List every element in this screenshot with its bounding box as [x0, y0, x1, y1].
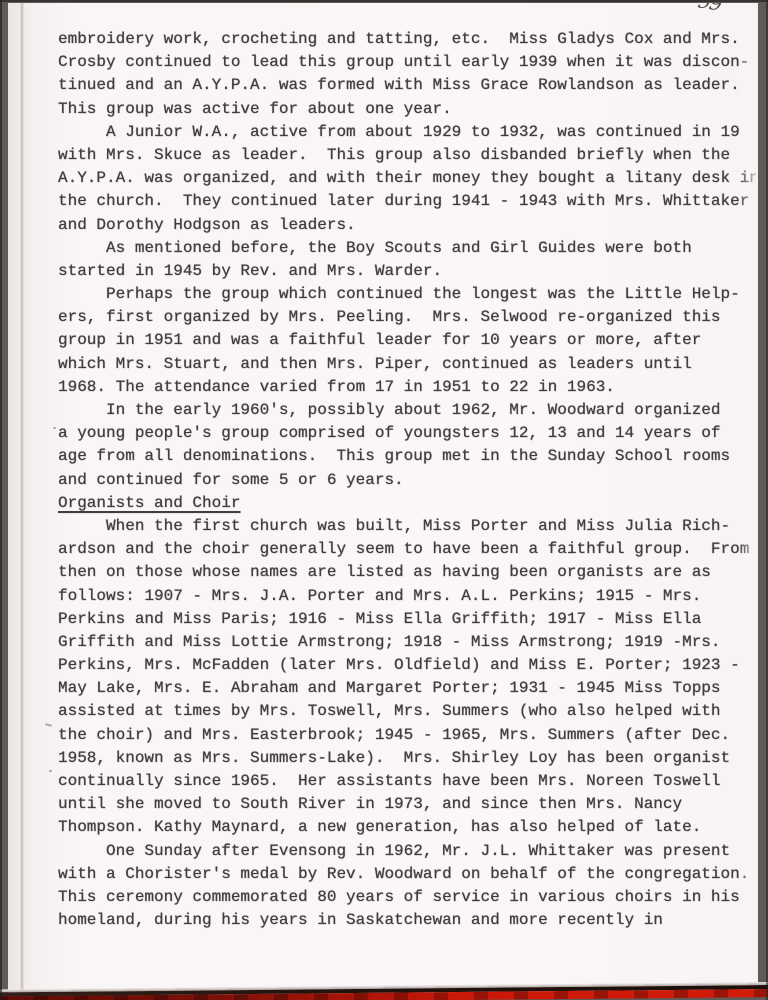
document-page: 99 embroidery work, crocheting and tatti… — [8, 3, 758, 995]
text-line: 1968. The attendance varied from 17 in 1… — [58, 376, 756, 399]
text-line: A.Y.P.A. was organized, and with their m… — [58, 167, 756, 190]
text-line: When the first church was built, Miss Po… — [58, 515, 756, 538]
text-line: the choir) and Mrs. Easterbrook; 1945 - … — [58, 724, 756, 747]
text-line: and continued for some 5 or 6 years. — [58, 469, 756, 492]
text-line: One Sunday after Evensong in 1962, Mr. J… — [58, 840, 756, 863]
text-line: ers, first organized by Mrs. Peeling. Mr… — [58, 306, 756, 329]
text-line: and Dorothy Hodgson as leaders. — [58, 214, 756, 237]
text-line: follows: 1907 - Mrs. J.A. Porter and Mrs… — [58, 585, 756, 608]
text-line: homeland, during his years in Saskatchew… — [58, 909, 756, 932]
text-line: continually since 1965. Her assistants h… — [58, 770, 756, 793]
text-line: assisted at times by Mrs. Toswell, Mrs. … — [58, 700, 756, 723]
ink-speck — [49, 770, 52, 772]
text-line: group in 1951 and was a faithful leader … — [58, 329, 756, 352]
text-line: In the early 1960's, possibly about 1962… — [58, 399, 756, 422]
text-line: tinued and an A.Y.P.A. was formed with M… — [58, 74, 756, 97]
text-line: the church. They continued later during … — [58, 190, 756, 213]
scanned-book-page: 99 embroidery work, crocheting and tatti… — [0, 0, 768, 1000]
text-line: ardson and the choir generally seem to h… — [58, 538, 756, 561]
text-block: embroidery work, crocheting and tatting,… — [58, 28, 756, 948]
text-line: embroidery work, crocheting and tatting,… — [58, 28, 756, 51]
text-line: This ceremony commemorated 80 years of s… — [58, 886, 756, 909]
text-line: with Mrs. Skuce as leader. This group al… — [58, 144, 756, 167]
text-line: 1958, known as Mrs. Summers-Lake). Mrs. … — [58, 747, 756, 770]
text-line: This group was active for about one year… — [58, 98, 756, 121]
page-crease — [20, 3, 24, 995]
text-line: then on those whose names are listed as … — [58, 561, 756, 584]
text-line: Thompson. Kathy Maynard, a new generatio… — [58, 816, 756, 839]
section-heading: Organists and Choir — [58, 492, 756, 515]
text-line: Crosby continued to lead this group unti… — [58, 51, 756, 74]
text-line: Griffith and Miss Lottie Armstrong; 1918… — [58, 631, 756, 654]
text-line: until she moved to South River in 1973, … — [58, 793, 756, 816]
text-line: age from all denominations. This group m… — [58, 445, 756, 468]
text-line: a young people's group comprised of youn… — [58, 422, 756, 445]
text-line: As mentioned before, the Boy Scouts and … — [58, 237, 756, 260]
pencil-mark — [45, 723, 52, 727]
text-line: May Lake, Mrs. E. Abraham and Margaret P… — [58, 677, 756, 700]
text-line: started in 1945 by Rev. and Mrs. Warder. — [58, 260, 756, 283]
text-line: which Mrs. Stuart, and then Mrs. Piper, … — [58, 353, 756, 376]
handwritten-page-number: 99 — [696, 3, 722, 16]
text-line: Perkins, Mrs. McFadden (later Mrs. Oldfi… — [58, 654, 756, 677]
text-line: Perhaps the group which continued the lo… — [58, 283, 756, 306]
text-line: Perkins and Miss Paris; 1916 - Miss Ella… — [58, 608, 756, 631]
ink-speck — [53, 427, 56, 429]
text-line: with a Chorister's medal by Rev. Woodwar… — [58, 863, 756, 886]
text-line: A Junior W.A., active from about 1929 to… — [58, 121, 756, 144]
